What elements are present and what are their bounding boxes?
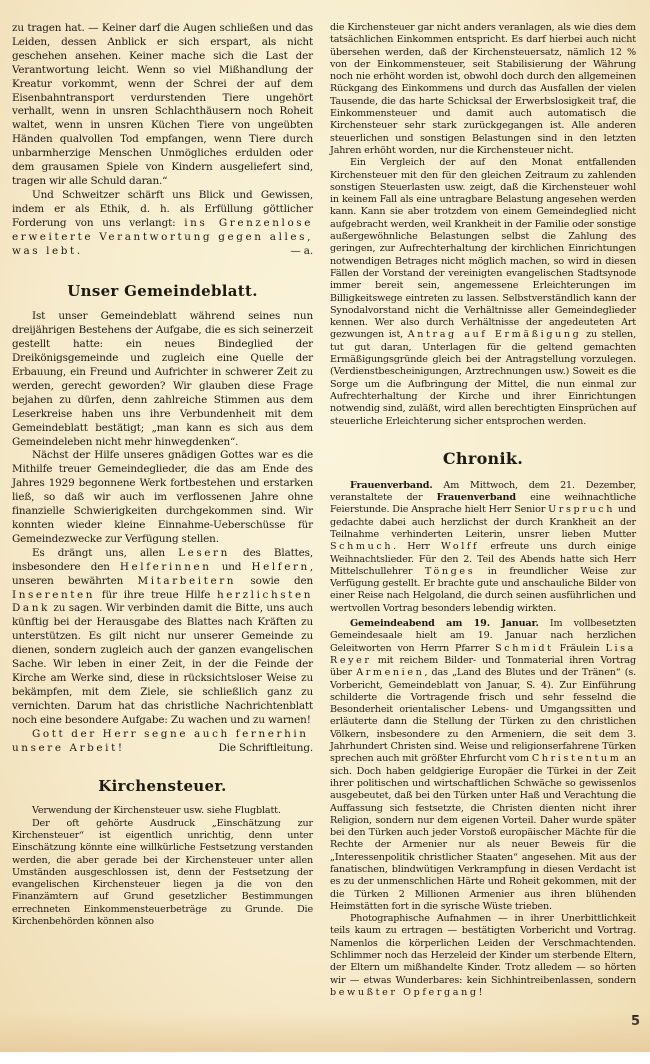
kirchensteuer-article: Kirchensteuer. Verwendung der Kirchenste…	[12, 777, 313, 928]
page-number: 5	[631, 1014, 640, 1029]
section-heading: Chronik.	[330, 450, 636, 468]
chronik-entry: Gemeindeabend am 19. Januar. Im vollbese…	[330, 618, 636, 913]
signoff-row: unsere Arbeit! Die Schriftleitung.	[12, 742, 313, 756]
paragraph: Ein Vergleich der auf den Monat entfalle…	[330, 157, 636, 428]
section-heading: Kirchensteuer.	[12, 777, 313, 795]
emphasis-spaced: bewußter Opfergang!	[330, 987, 485, 998]
left-column: zu tragen hat. — Keiner darf die Augen s…	[12, 22, 313, 928]
editor-signature: Die Schriftleitung.	[218, 742, 313, 756]
paragraph: Verwendung der Kirchensteuer usw. siehe …	[12, 805, 313, 817]
paragraph: zu tragen hat. — Keiner darf die Augen s…	[12, 22, 313, 189]
paragraph: Nächst der Hilfe unseres gnädigen Gottes…	[12, 449, 313, 546]
emphasis-spaced: Antrag auf Ermäßigung	[408, 329, 582, 340]
paragraph: die Kirchensteuer gar nicht anders veran…	[330, 22, 636, 157]
paragraph: Ist unser Gemeindeblatt während seines n…	[12, 310, 313, 449]
entry-title: Gemeindeabend am 19. Januar.	[350, 618, 539, 629]
gemeindeblatt-article: Unser Gemeindeblatt. Ist unser Gemeindeb…	[12, 282, 313, 755]
paragraph: Der oft gehörte Ausdruck „Einschätzung z…	[12, 818, 313, 929]
kirchensteuer-article-continued: die Kirchensteuer gar nicht anders veran…	[330, 22, 636, 428]
newsletter-page: zu tragen hat. — Keiner darf die Augen s…	[0, 0, 650, 1052]
right-column: die Kirchensteuer gar nicht anders veran…	[330, 22, 636, 999]
chronik-entry: Frauenverband. Am Mittwoch, dem 21. Deze…	[330, 480, 636, 615]
author-signature: — a.	[270, 245, 313, 259]
section-heading: Unser Gemeindeblatt.	[12, 282, 313, 300]
chronik-section: Chronik. Frauenverband. Am Mittwoch, dem…	[330, 450, 636, 999]
paragraph: Es drängt uns, allen Lesern des Blattes,…	[12, 547, 313, 728]
paragraph: Und Schweitzer schärft uns Blick und Gew…	[12, 189, 313, 259]
entry-title: Frauenverband.	[350, 480, 433, 491]
blessing-line: unsere Arbeit!	[12, 742, 125, 756]
blessing-line: Gott der Herr segne auch fernerhin	[12, 728, 313, 742]
paragraph: Photographische Aufnahmen — in ihrer Une…	[330, 913, 636, 999]
animal-ethics-article-end: zu tragen hat. — Keiner darf die Augen s…	[12, 22, 313, 258]
